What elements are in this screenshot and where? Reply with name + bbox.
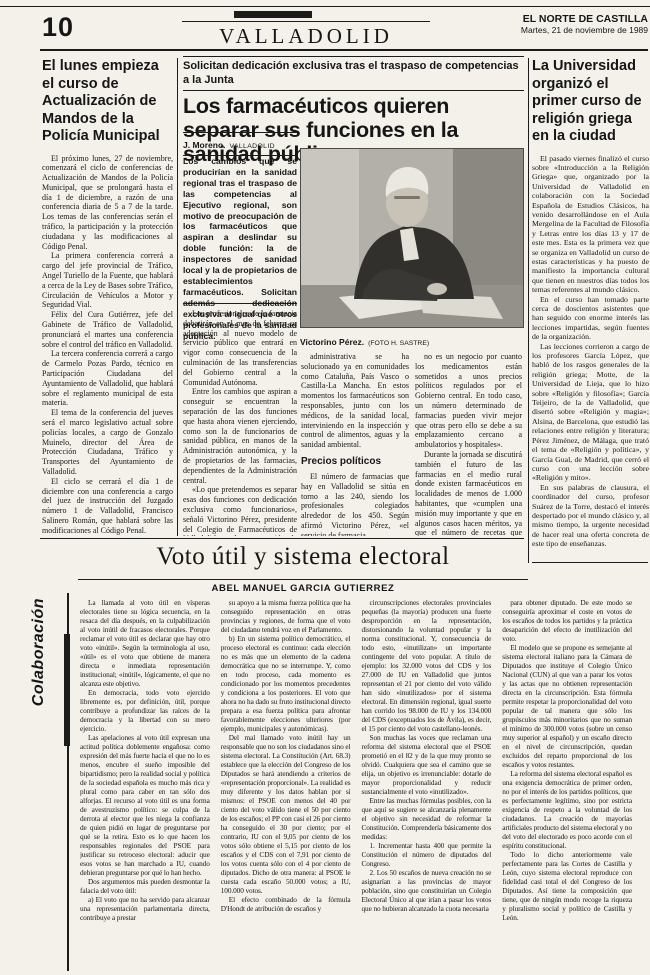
photo-caption: Victorino Pérez. (FOTO H. SASTRE) <box>300 332 522 350</box>
paragraph: Entre los cambios que aspiran a consegui… <box>183 387 297 485</box>
header-rule <box>40 49 648 51</box>
opinion-columns: La llamada al voto útil en vísperas elec… <box>80 598 632 972</box>
paragraph: Las lecciones corrieron a cargo de los p… <box>532 342 649 483</box>
opinion-col-3: circunscripciones electorales provincial… <box>362 598 492 972</box>
police-article-headline: El lunes empieza el curso de Actualizaci… <box>42 58 173 146</box>
paragraph: En democracia, todo voto ejercido librem… <box>80 688 210 733</box>
pharma-col-b-text-1: administrativa se ha solucionado ya en c… <box>301 352 409 450</box>
opinion-left-bar <box>64 634 70 746</box>
paragraph: El ciclo se cerrará el día 1 de diciembr… <box>42 477 173 535</box>
paragraph: Los profesionales de la farmacia debatir… <box>183 309 297 387</box>
photo-victorino-perez <box>300 148 524 328</box>
opinion-section-label: Colaboración <box>30 598 48 706</box>
byline-author: J. Moreno. <box>183 140 226 150</box>
paragraph: circunscripciones electorales provincial… <box>362 598 492 733</box>
opinion-col-4: para obtener diputado. De este modo se c… <box>502 598 632 972</box>
university-end-rule <box>532 562 648 563</box>
paragraph: Dos argumentos más pueden desmontar la f… <box>80 877 210 895</box>
column-rule-right <box>528 58 529 563</box>
paragraph: su apoyo a la misma fuerza política que … <box>221 598 351 634</box>
police-article-body: El próximo lunes, 27 de noviembre, comen… <box>42 154 173 536</box>
paragraph: Durante la jornada se discutirá también … <box>415 450 522 536</box>
opinion-headline: Voto útil y sistema electoral <box>78 543 528 571</box>
photo-caption-name: Victorino Pérez. <box>300 337 364 347</box>
masthead-block: EL NORTE DE CASTILLA Martes, 21 de novie… <box>430 13 648 36</box>
paragraph: Del mal llamado voto inútil hay un respo… <box>221 733 351 895</box>
edition-date: Martes, 21 de noviembre de 1989 <box>430 25 648 36</box>
paragraph: Entre las muchas fórmulas posibles, con … <box>362 796 492 841</box>
pharma-col-a: Los profesionales de la farmacia debatir… <box>183 309 297 536</box>
opinion-author: ABEL MANUEL GARCIA GUTIERREZ <box>78 583 528 595</box>
paragraph: El número de farmacias que hay en Vallad… <box>301 472 409 536</box>
opinion-top-rule <box>40 538 524 539</box>
paragraph: La llamada al voto útil en vísperas elec… <box>80 598 210 688</box>
paragraph: 2. Los 50 escaños de nueva creación no s… <box>362 868 492 913</box>
paragraph: b) En un sistema político democrático, e… <box>221 634 351 733</box>
pharma-col-b: administrativa se ha solucionado ya en c… <box>301 352 409 536</box>
paragraph: La primera conferencia correrá a cargo d… <box>42 251 173 310</box>
paragraph: El modelo que se propone es semejante al… <box>502 643 632 769</box>
photo-illustration <box>301 149 523 327</box>
paragraph: La reforma del sistema electoral español… <box>502 769 632 850</box>
paragraph: no es un negocio por cuanto los medicame… <box>415 352 522 450</box>
masthead-title: EL NORTE DE CASTILLA <box>430 13 648 25</box>
nameplate-top-rule <box>182 21 430 22</box>
page-number: 10 <box>42 14 74 41</box>
paragraph: En el curso han tomado parte cerca de do… <box>532 295 649 342</box>
university-headline: La Universidad organizó el primer curso … <box>532 58 649 146</box>
article-pharmacists: Solicitan dedicación exclusiva tras el t… <box>183 56 524 536</box>
pharma-col-b-text-2: El número de farmacias que hay en Vallad… <box>301 472 409 536</box>
paragraph: para obtener diputado. De este modo se c… <box>502 598 632 643</box>
opinion-col-1: La llamada al voto útil en vísperas elec… <box>80 598 210 972</box>
pharma-subhead: Precios políticos <box>301 456 409 468</box>
paragraph: El pasado viernes finalizó el curso sobr… <box>532 154 649 295</box>
paragraph: La tercera conferencia correrá a cargo d… <box>42 349 173 408</box>
paragraph: a) El voto que no ha servido para alcanz… <box>80 895 210 922</box>
paragraph: Son muchas las voces que reclaman una re… <box>362 733 492 796</box>
pharma-col-c: no es un negocio por cuanto los medicame… <box>415 352 522 536</box>
section-title: VALLADOLID <box>150 24 462 48</box>
paragraph: En sus palabras de clausura, el coordina… <box>532 483 649 549</box>
article-police-course: El lunes empieza el curso de Actualizaci… <box>42 58 173 535</box>
paragraph: administrativa se ha solucionado ya en c… <box>301 352 409 450</box>
byline-place: VALLADOLID <box>230 143 275 150</box>
column-rule-left <box>177 58 178 536</box>
nameplate-black-bar <box>234 11 312 18</box>
article-university: La Universidad organizó el primer curso … <box>532 58 649 558</box>
paragraph: Las apelaciones al voto útil expresan un… <box>80 733 210 877</box>
paragraph: Todo lo dicho anteriormente vale perfect… <box>502 850 632 922</box>
opinion-headline-rule <box>78 579 528 580</box>
paragraph: «Lo que pretendemos es separar esas dos … <box>183 485 297 536</box>
newspaper-page: 10 VALLADOLID EL NORTE DE CASTILLA Marte… <box>0 0 650 975</box>
paragraph: 1. Incrementar hasta 400 que permite la … <box>362 841 492 868</box>
top-rule <box>0 6 650 7</box>
photo-credit: (FOTO H. SASTRE) <box>368 340 429 347</box>
byline: J. Moreno. VALLADOLID <box>183 132 297 156</box>
university-body: El pasado viernes finalizó el curso sobr… <box>532 154 649 549</box>
paragraph: El tema de la conferencia del jueves ser… <box>42 408 173 477</box>
kicker: Solicitan dedicación exclusiva tras el t… <box>183 56 524 91</box>
lead-rule <box>183 303 297 304</box>
paragraph: El efecto combinado de la fórmula D'Hond… <box>221 895 351 913</box>
paragraph: Félix del Cura Gutiérrez, jefe del Gabin… <box>42 310 173 349</box>
opinion-col-2: su apoyo a la misma fuerza política que … <box>221 598 351 972</box>
paragraph: El próximo lunes, 27 de noviembre, comen… <box>42 154 173 252</box>
